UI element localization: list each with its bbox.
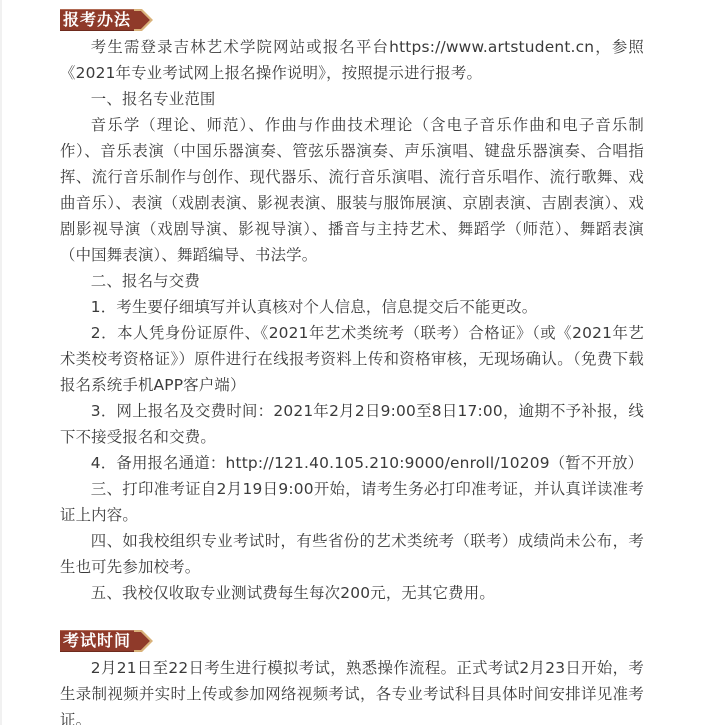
paragraph-item-3: 3．网上报名及交费时间：2021年2月2日9:00至8日17:00，逾期不予补报… bbox=[60, 398, 644, 450]
paragraph-exam-schedule: 2月21日至22日考生进行模拟考试，熟悉操作流程。正式考试2月23日开始，考生录… bbox=[60, 655, 644, 725]
section-heading-registration-method: 报考办法 bbox=[60, 9, 644, 31]
article-body: 报考办法 考生需登录吉林艺术学院网站或报名平台https://www.artst… bbox=[60, 9, 644, 725]
paragraph-school-exam-note: 四、如我校组织专业考试时，有些省份的艺术类统考（联考）成绩尚未公布，考生也可先参… bbox=[60, 528, 644, 580]
paragraph-intro: 考生需登录吉林艺术学院网站或报名平台https://www.artstudent… bbox=[60, 34, 644, 86]
left-border-strip bbox=[0, 0, 2, 725]
paragraph-item-1: 1．考生要仔细填写并认真核对个人信息，信息提交后不能更改。 bbox=[60, 294, 644, 320]
subheading-major-scope: 一、报名专业范围 bbox=[60, 86, 644, 112]
subheading-registration-fees: 二、报名与交费 bbox=[60, 268, 644, 294]
paragraph-major-list: 音乐学（理论、师范）、作曲与作曲技术理论（含电子音乐作曲和电子音乐制作）、音乐表… bbox=[60, 112, 644, 268]
section-heading-exam-time: 考试时间 bbox=[60, 630, 644, 652]
paragraph-item-4-backup-channel: 4．备用报名通道：http://121.40.105.210:9000/enro… bbox=[60, 450, 644, 476]
section-heading-label: 报考办法 bbox=[60, 9, 134, 31]
paragraph-item-2: 2．本人凭身份证原件、《2021年艺术类统考（联考）合格证》（或《2021年艺术… bbox=[60, 320, 644, 398]
paragraph-admission-ticket: 三、打印准考证自2月19日9:00开始，请考生务必打印准考证，并认真详读准考证上… bbox=[60, 476, 644, 528]
chevron-right-icon bbox=[134, 9, 154, 31]
chevron-right-icon bbox=[134, 630, 154, 652]
paragraph-fee-note: 五、我校仅收取专业测试费每生每次200元，无其它费用。 bbox=[60, 580, 644, 606]
section-divider-space bbox=[60, 606, 644, 630]
section-heading-label: 考试时间 bbox=[60, 630, 134, 652]
